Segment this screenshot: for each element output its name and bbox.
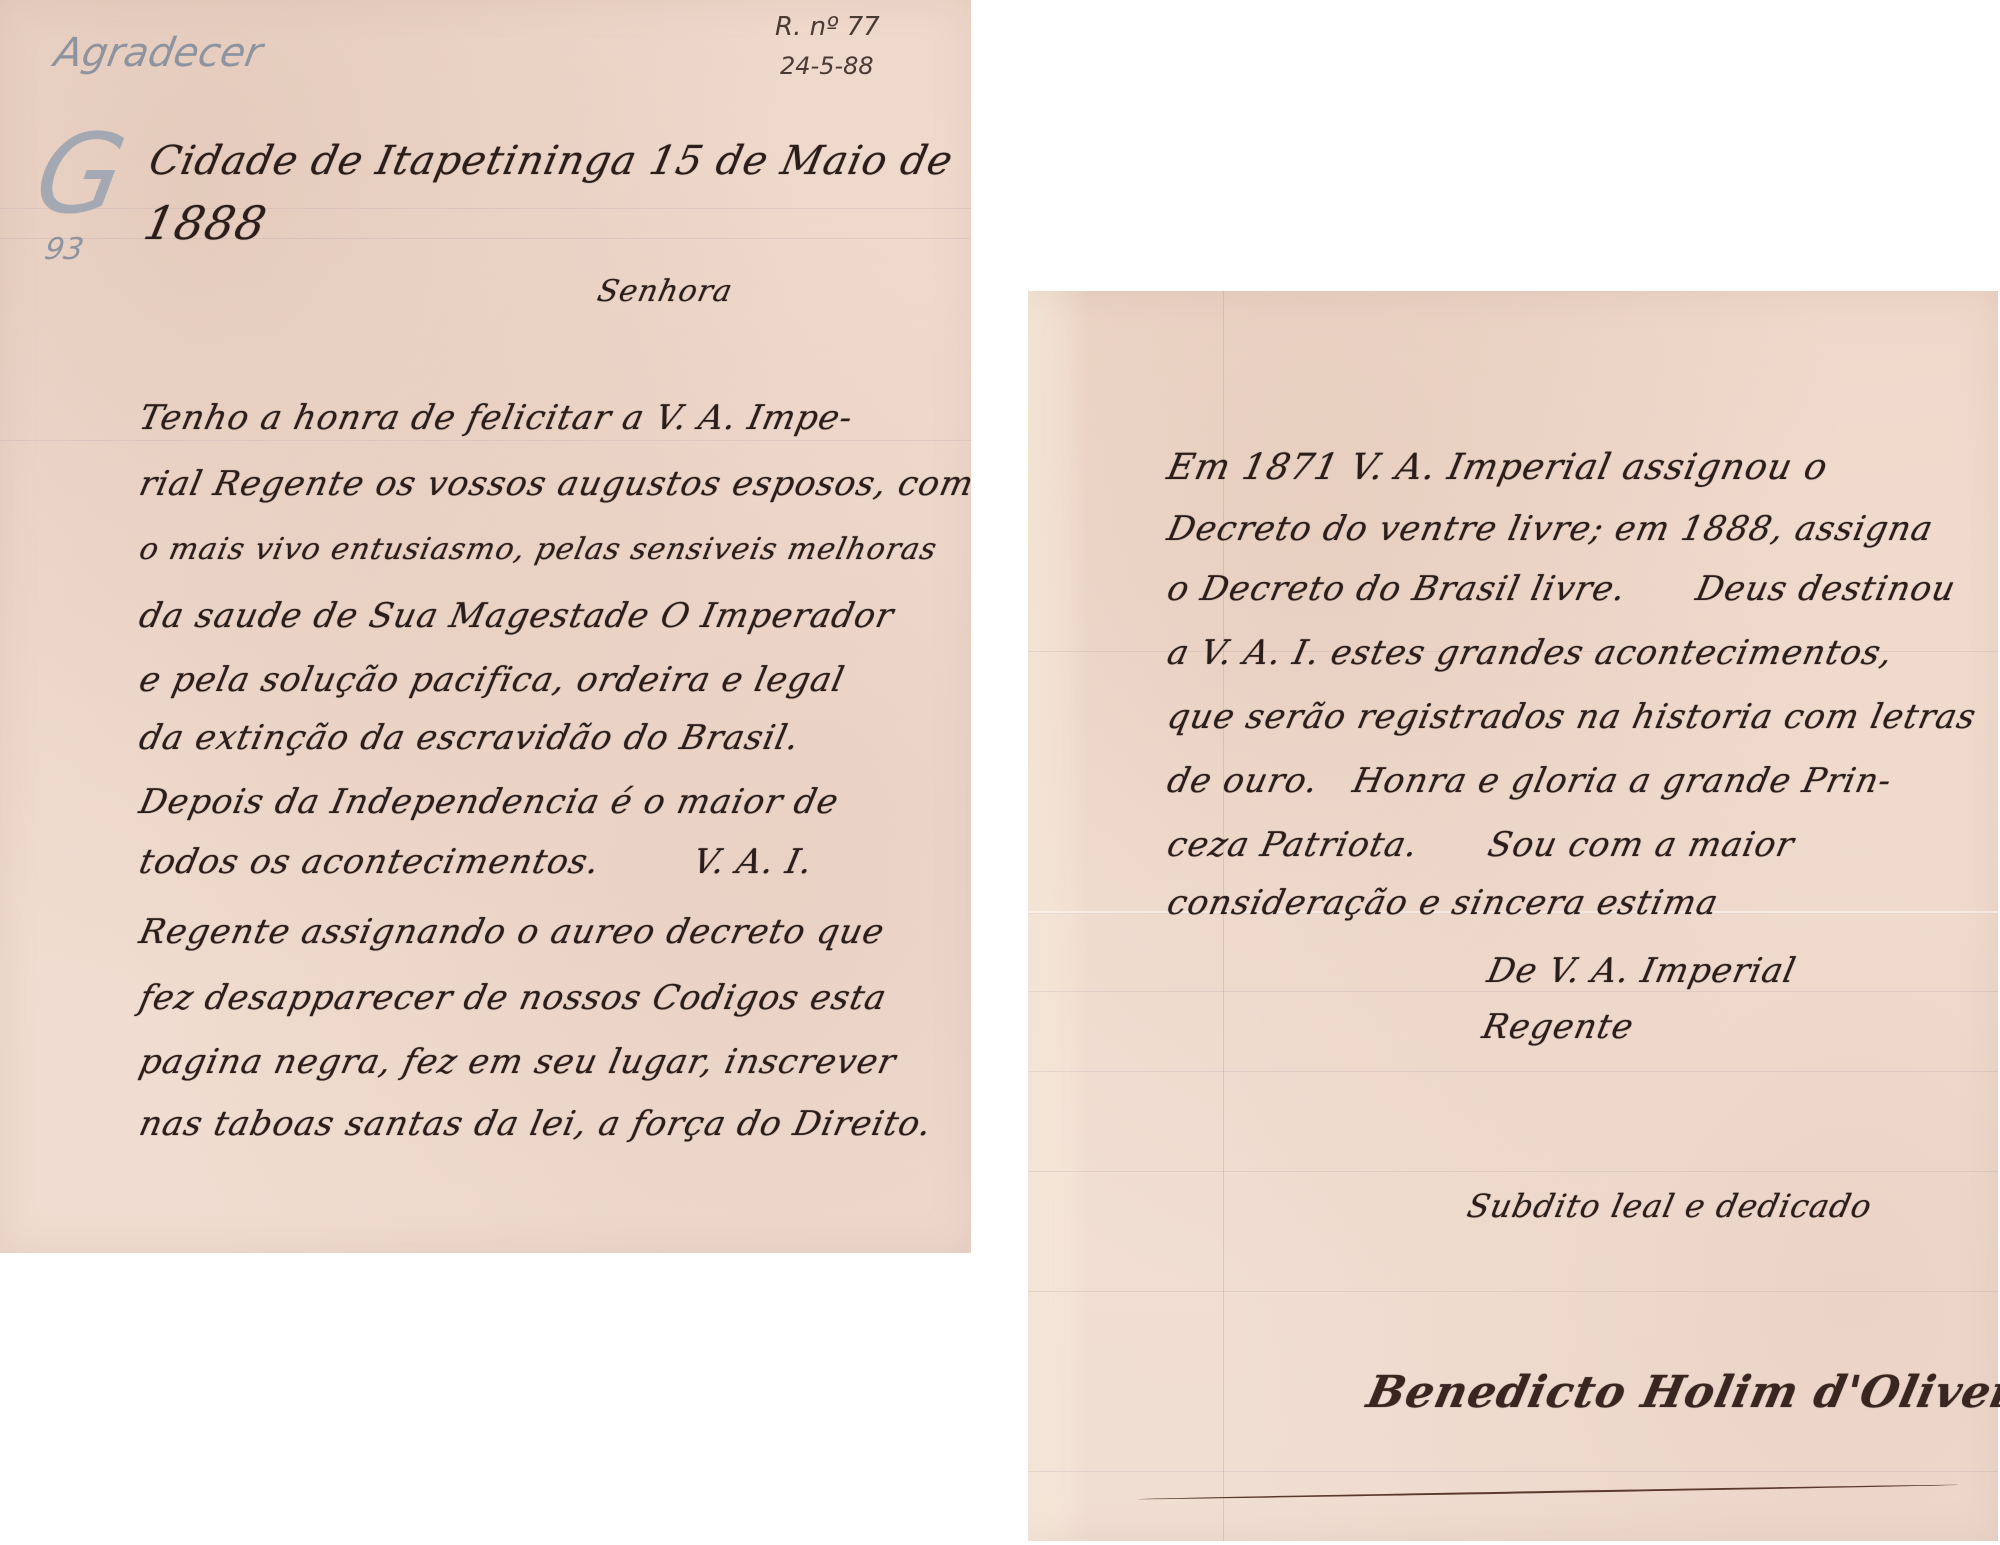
body-line: Regente assignando o aureo decreto que — [136, 912, 889, 952]
body-line: Depois da Independencia é o maior de — [136, 782, 843, 822]
letter-page-1: Agradecer G 93 R. nº 77 24-5-88 Cidade d… — [0, 0, 971, 1253]
pencil-margin-number: 93 — [42, 232, 86, 267]
body-line: ceza Patriota. Sou com a maior — [1164, 825, 1798, 865]
ruled-line — [0, 440, 971, 441]
pencil-margin-mark: G — [27, 110, 135, 238]
body-line: Tenho a honra de felicitar a V. A. Impe- — [136, 398, 857, 438]
salutation: Senhora — [594, 274, 736, 309]
body-line: de ouro. Honra e gloria a grande Prin- — [1164, 761, 1896, 801]
ruled-line — [1028, 1071, 1998, 1072]
archive-note-number: R. nº 77 — [775, 12, 880, 42]
body-line: Em 1871 V. A. Imperial assignou o — [1164, 447, 1832, 488]
letter-page-2: Em 1871 V. A. Imperial assignou o Decret… — [1028, 291, 1998, 1541]
subscription-line: Subdito leal e dedicado — [1464, 1187, 1876, 1225]
pencil-annotation-agradecer: Agradecer — [51, 30, 266, 76]
body-line: que serão registrados na historia com le… — [1164, 697, 1980, 737]
body-line: e pela solução pacifica, ordeira e legal — [136, 660, 849, 700]
closing-line: Regente — [1479, 1007, 1638, 1047]
ruled-line — [1028, 1171, 1998, 1172]
body-line: fez desapparecer de nossos Codigos esta — [136, 978, 891, 1018]
ruled-line — [0, 208, 971, 209]
signature-flourish — [1138, 1484, 1958, 1500]
body-line: a V. A. I. estes grandes acontecimentos, — [1164, 633, 1897, 673]
body-line: todos os acontecimentos. V. A. I. — [136, 842, 817, 882]
body-line: o mais vivo entusiasmo, pelas sensiveis … — [136, 532, 940, 567]
body-line: nas taboas santas da lei, a força do Dir… — [136, 1104, 936, 1144]
ruled-line — [1028, 1291, 1998, 1292]
date-year: 1888 — [139, 196, 272, 250]
ruled-line — [1028, 1471, 1998, 1472]
body-line: da extinção da escravidão do Brasil. — [136, 718, 804, 758]
signature: Benedicto Holim d'Oliveira — [1363, 1367, 2000, 1418]
place-date-line: Cidade de Itapetininga 15 de Maio de — [145, 138, 957, 184]
ruled-line — [1028, 991, 1998, 992]
body-line: rial Regente os vossos augustos esposos,… — [136, 464, 978, 504]
body-line: pagina negra, fez em seu lugar, inscreve… — [136, 1042, 900, 1082]
body-line: o Decreto do Brasil livre. Deus destinou — [1164, 569, 1960, 609]
archive-note-date: 24-5-88 — [780, 52, 874, 80]
closing-line: De V. A. Imperial — [1484, 951, 1800, 991]
body-line: consideração e sincera estima — [1164, 883, 1723, 923]
body-line: Decreto do ventre livre; em 1888, assign… — [1164, 509, 1937, 549]
body-line: da saude de Sua Magestade O Imperador — [136, 596, 898, 636]
